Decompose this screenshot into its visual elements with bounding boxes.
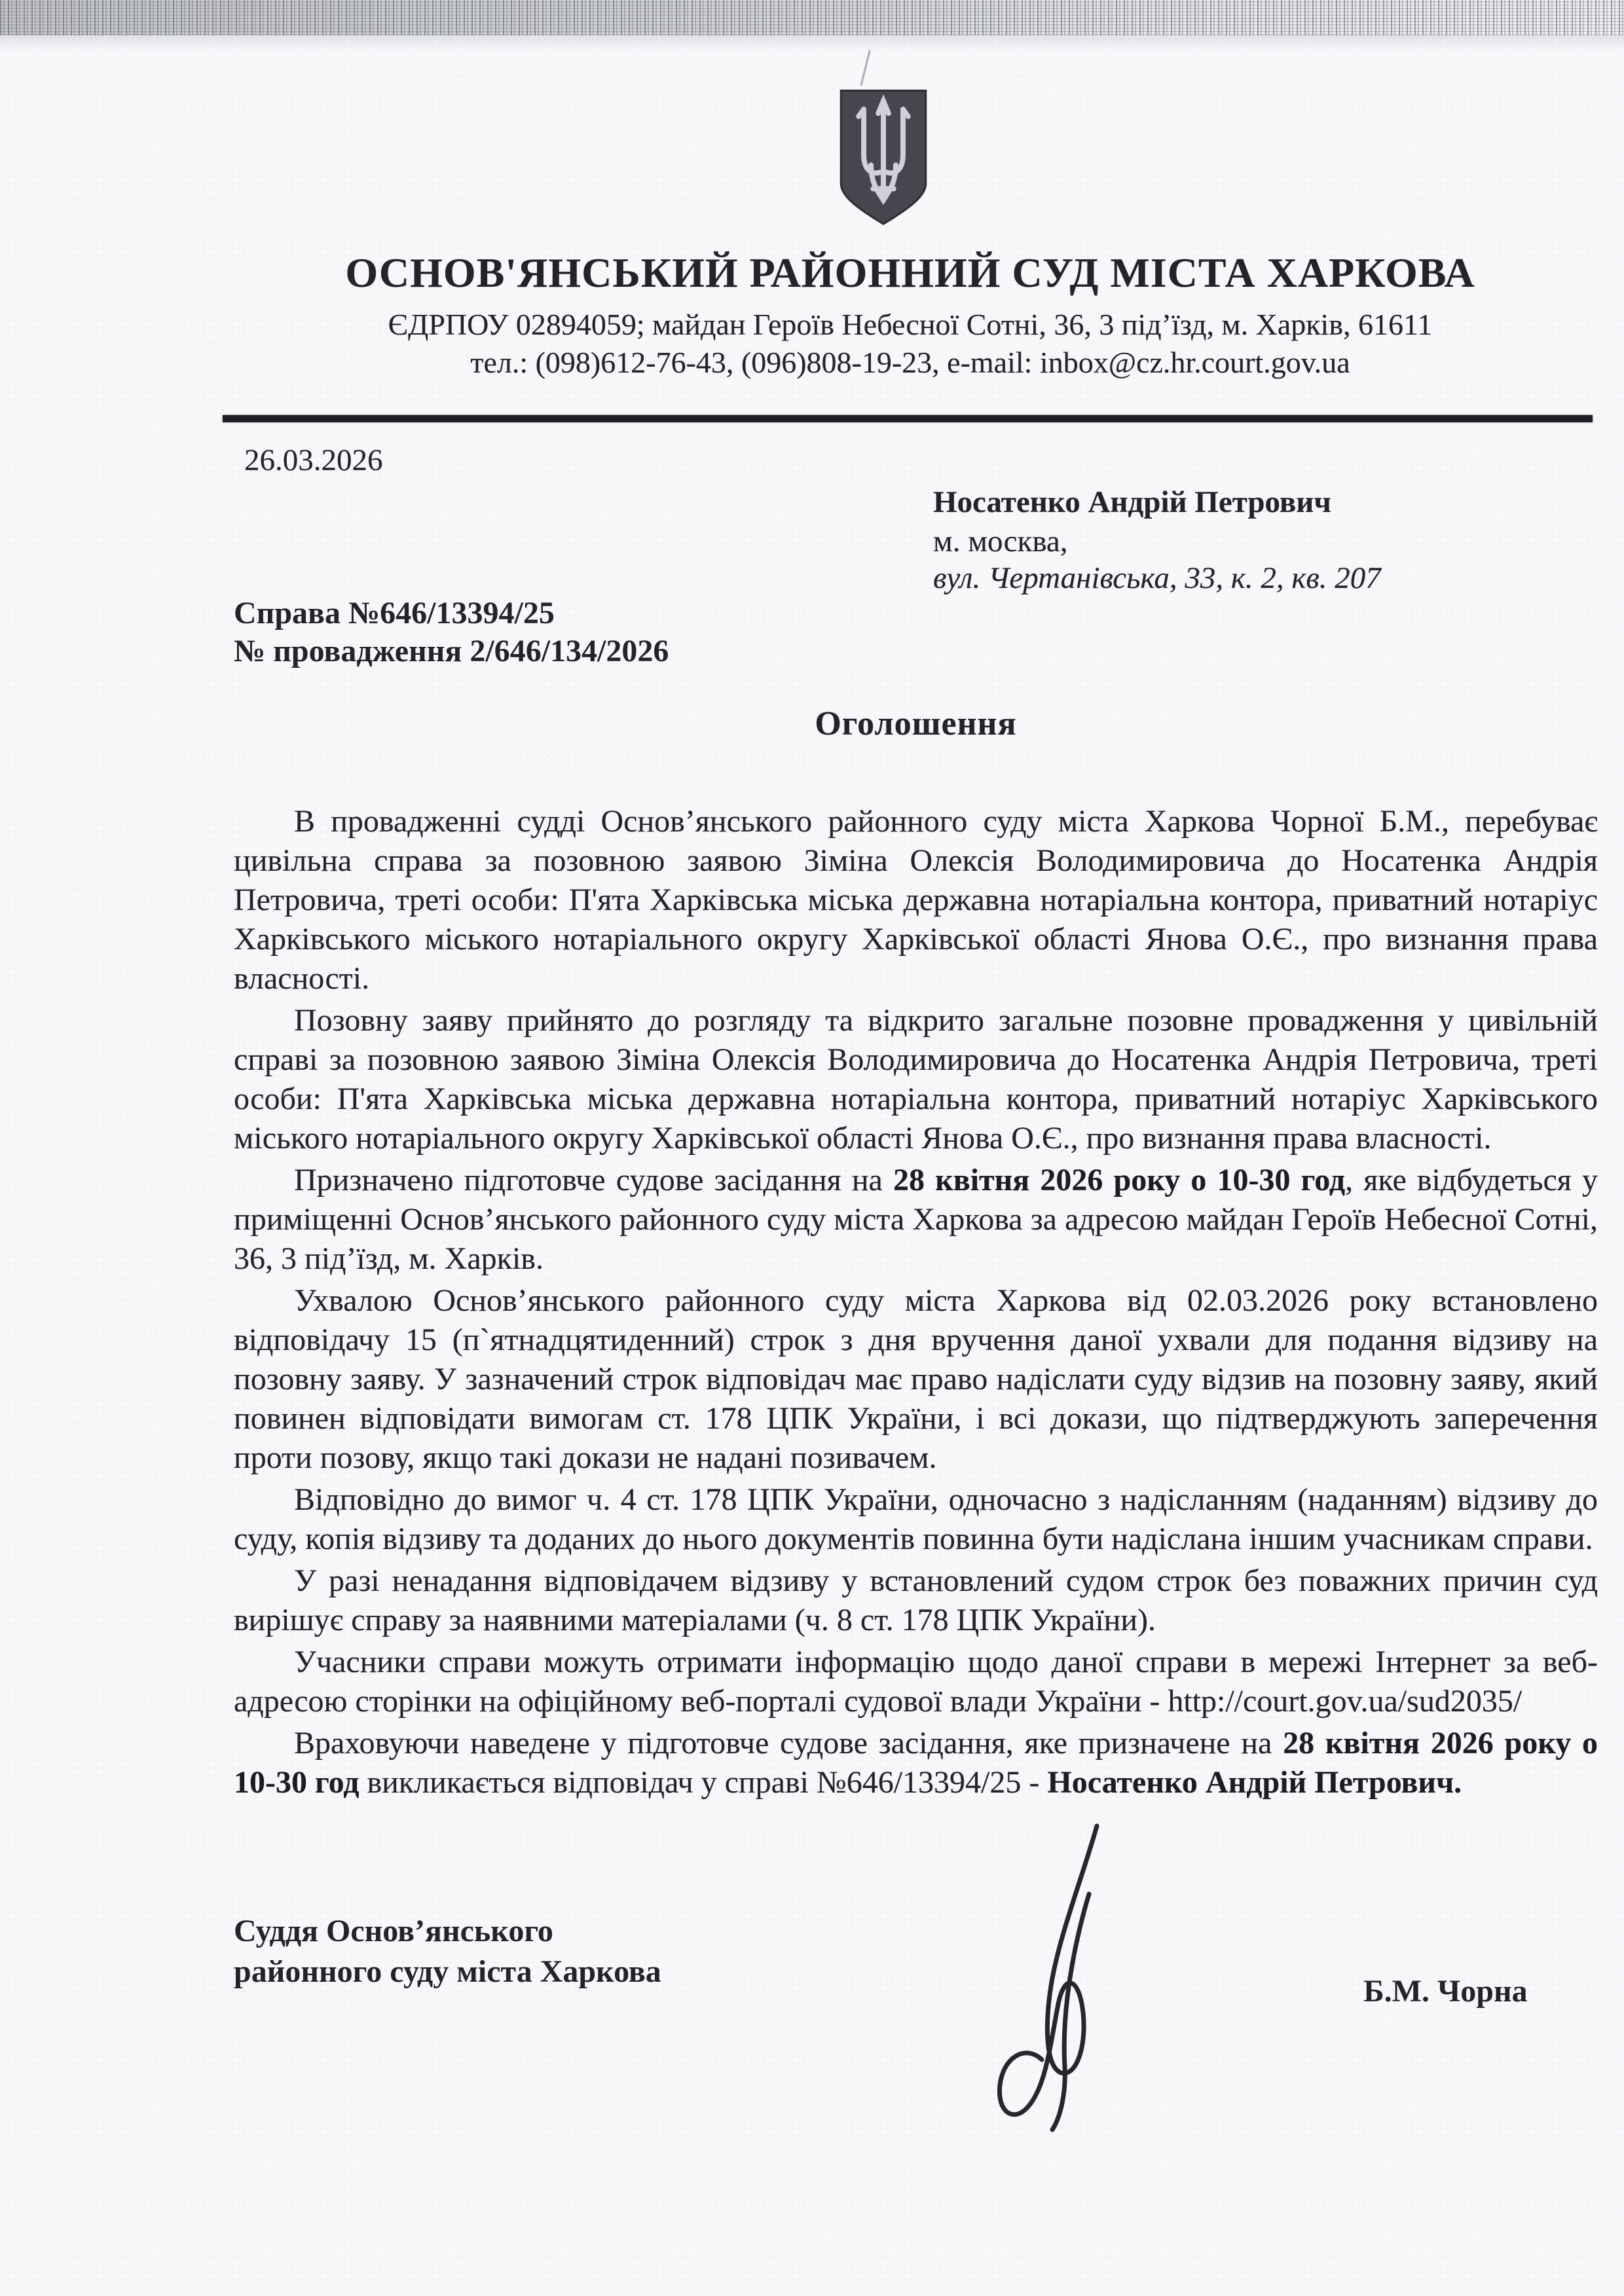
text-run: У разі ненадання відповідачем відзиву у … <box>234 1563 1598 1637</box>
header-divider-rule <box>223 415 1593 422</box>
text-run: Враховуючи наведене у підготовче судове … <box>294 1726 1283 1760</box>
recipient-street: вул. Чертанівська, 33, к. 2, кв. 207 <box>933 560 1522 596</box>
judge-title-block: Суддя Основ’янського районного суду міст… <box>234 1911 661 1992</box>
paragraph: У разі ненадання відповідачем відзиву у … <box>234 1561 1598 1640</box>
judge-name: Б.М. Чорна <box>1363 1973 1528 2009</box>
court-name-heading: ОСНОВ'ЯНСЬКИЙ РАЙОННИЙ СУД МІСТА ХАРКОВА <box>223 250 1598 296</box>
case-number: Справа №646/13394/25 <box>234 594 669 632</box>
scanner-noise-fade <box>0 35 1624 52</box>
scanner-noise-band <box>0 0 1624 35</box>
text-run: Учасники справи можуть отримати інформац… <box>234 1645 1598 1719</box>
judge-title-line: районного суду міста Харкова <box>234 1952 661 1992</box>
scanned-court-letter-page: ОСНОВ'ЯНСЬКИЙ РАЙОННИЙ СУД МІСТА ХАРКОВА… <box>0 0 1624 2296</box>
recipient-name: Носатенко Андрій Петрович <box>933 484 1522 520</box>
paragraph: В провадженні судді Основ’янського район… <box>234 802 1598 998</box>
paragraph: Учасники справи можуть отримати інформац… <box>234 1643 1598 1721</box>
paragraph: Відповідно до вимог ч. 4 ст. 178 ЦПК Укр… <box>234 1480 1598 1559</box>
paragraph: Ухвалою Основ’янського районного суду мі… <box>234 1281 1598 1478</box>
text-run: викликається відповідач у справі №646/13… <box>359 1765 1047 1800</box>
text-run: Відповідно до вимог ч. 4 ст. 178 ЦПК Укр… <box>234 1482 1598 1556</box>
recipient-city: м. москва, <box>933 524 1522 559</box>
text-run: 28 квітня 2026 року о 10-30 год <box>893 1163 1345 1197</box>
ukraine-coat-of-arms-icon <box>837 88 930 228</box>
case-reference-block: Справа №646/13394/25 № провадження 2/646… <box>234 594 669 670</box>
paragraph: Призначено підготовче судове засідання н… <box>234 1161 1598 1279</box>
text-run: Ухвалою Основ’янського районного суду мі… <box>234 1283 1598 1475</box>
text-run: Носатенко Андрій Петрович. <box>1047 1765 1462 1800</box>
text-run: Призначено підготовче судове засідання н… <box>294 1163 893 1197</box>
scan-artifact-mark <box>860 50 870 86</box>
document-title: Оголошення <box>234 704 1598 743</box>
paragraph: Враховуючи наведене у підготовче судове … <box>234 1724 1598 1802</box>
judge-title-line: Суддя Основ’янського <box>234 1911 661 1952</box>
judge-signature-icon <box>957 1817 1121 2144</box>
paragraph: Позовну заяву прийнято до розгляду та ві… <box>234 1001 1598 1158</box>
proceeding-number: № провадження 2/646/134/2026 <box>234 632 669 670</box>
court-address-line: ЄДРПОУ 02894059; майдан Героїв Небесної … <box>223 308 1598 342</box>
letter-date: 26.03.2026 <box>244 443 383 478</box>
court-contact-line: тел.: (098)612-76-43, (096)808-19-23, e-… <box>223 346 1598 380</box>
body-paragraphs: В провадженні судді Основ’янського район… <box>234 802 1598 1805</box>
text-run: Позовну заяву прийнято до розгляду та ві… <box>234 1003 1598 1156</box>
text-run: В провадженні судді Основ’янського район… <box>234 804 1598 996</box>
